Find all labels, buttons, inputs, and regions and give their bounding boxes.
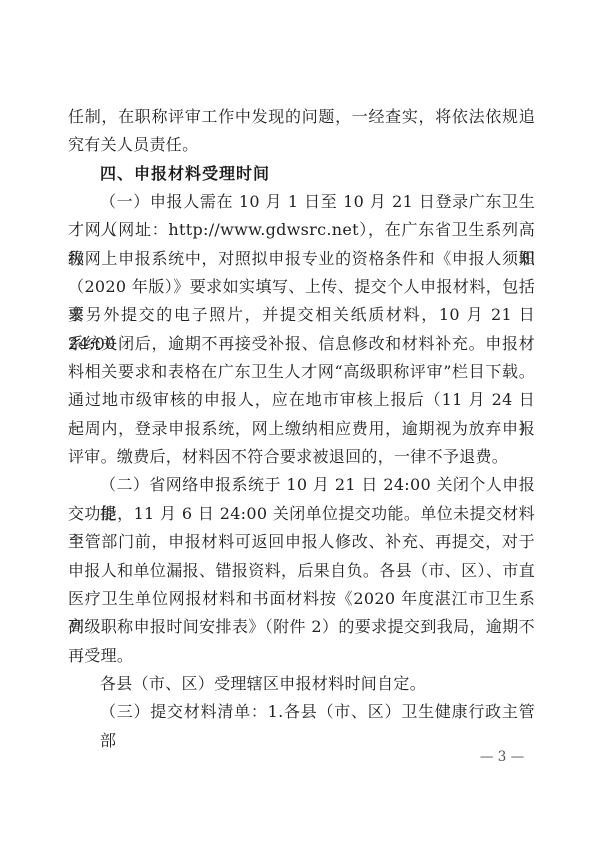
text-line: 系统关闭后，逾期不再接受补报、信息修改和材料补充。申报材 <box>68 330 535 358</box>
text-line: 一周内，登录申报系统，网上缴纳相应费用，逾期视为放弃申报 <box>68 415 535 443</box>
text-line: （二）省网络申报系统于 10 月 21 日 24:00 关闭个人申报提 <box>68 471 535 499</box>
text-line: 医疗卫生单位网报材料和书面材料按《2020 年度湛江市卫生系列 <box>68 585 535 613</box>
text-line: 料相关要求和表格在广东卫生人才网“高级职称评审”栏目下载。 <box>68 358 535 386</box>
text-line: 通过地市级审核的申报人，应在地市审核上报后（11 月 24 日起） <box>68 386 535 414</box>
document-body: 任制，在职称评审工作中发现的问题，一经查实，将依法依规追 究有关人员责任。 四、… <box>68 103 535 727</box>
section-heading: 四、申报材料受理时间 <box>68 160 535 188</box>
text-line: （三）提交材料清单：1.各县（市、区）卫生健康行政主管部 <box>68 698 535 726</box>
text-line: 交功能，11 月 6 日 24:00 关闭单位提交功能。单位未提交材料至 <box>68 500 535 528</box>
document-page: 任制，在职称评审工作中发现的问题，一经查实，将依法依规追 究有关人员责任。 四、… <box>0 0 600 848</box>
text-line: 求另外提交的电子照片，并提交相关纸质材料，10 月 21 日 24:00 <box>68 301 535 329</box>
text-line: 任制，在职称评审工作中发现的问题，一经查实，将依法依规追 <box>68 103 535 131</box>
text-line: 各县（市、区）受理辖区申报材料时间自定。 <box>68 670 535 698</box>
text-line: 高级职称申报时间安排表》（附件 2）的要求提交到我局，逾期不 <box>68 613 535 641</box>
text-line: 评审。缴费后，材料因不符合要求被退回的，一律不予退费。 <box>68 443 535 471</box>
text-line: 称网上申报系统中，对照拟申报专业的资格条件和《申报人须知 <box>68 245 535 273</box>
text-line: 申报人和单位漏报、错报资料，后果自负。各县（市、区）、市直 <box>68 557 535 585</box>
text-line: 究有关人员责任。 <box>68 131 535 159</box>
text-line: 再受理。 <box>68 642 535 670</box>
text-line: 才网（网址：http://www.gdwsrc.net），在广东省卫生系列高级职 <box>68 216 535 244</box>
text-line: 主管部门前，申报材料可返回申报人修改、补充、再提交，对于 <box>68 528 535 556</box>
text-line: （2020 年版）》要求如实填写、上传、提交个人申报材料，包括要 <box>68 273 535 301</box>
text-line: （一）申报人需在 10 月 1 日至 10 月 21 日登录广东卫生人 <box>68 188 535 216</box>
page-number: — 3 — <box>472 748 532 766</box>
